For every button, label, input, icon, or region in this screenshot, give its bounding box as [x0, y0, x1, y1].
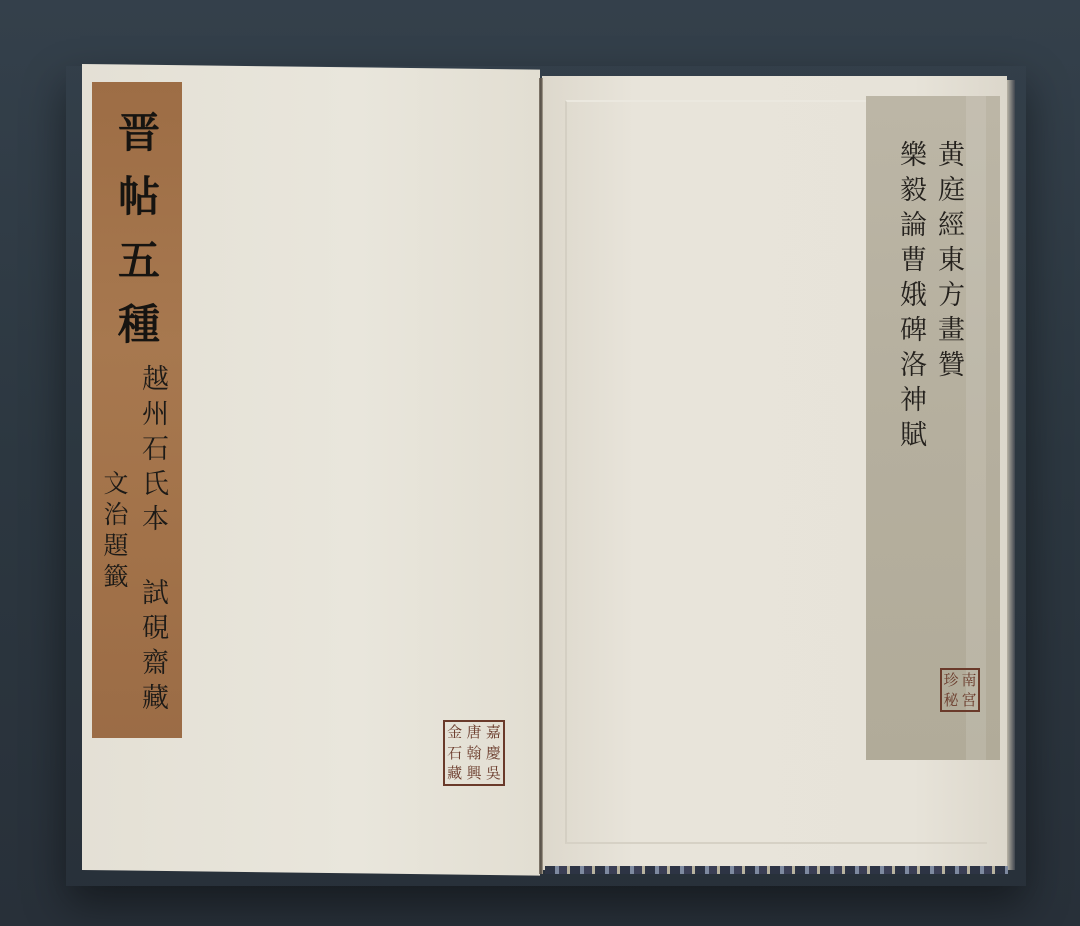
- book-title: 晋帖五種: [108, 110, 164, 366]
- seal-char: 藏: [445, 763, 464, 784]
- book-spine: [539, 78, 543, 874]
- slip-mount-strip: [966, 96, 986, 760]
- seal-char: 唐: [464, 722, 483, 743]
- brocade-cover-edge: [545, 866, 1008, 874]
- seal-char: 吳: [484, 763, 503, 784]
- seal-char: 石: [445, 743, 464, 764]
- seal-char: 南: [960, 670, 978, 690]
- seal-char: 珍: [942, 670, 960, 690]
- inscription-note: 文治題籤: [96, 470, 132, 594]
- seal-char: 宮: [960, 690, 978, 710]
- seal-char: 慶: [484, 743, 503, 764]
- contents-slip: 黄庭經東方畫贊 樂毅論曹娥碑洛神賦: [866, 96, 1000, 760]
- seal-char: 秘: [942, 690, 960, 710]
- seal-char: 金: [445, 722, 464, 743]
- title-slip: 晋帖五種 越州石氏本 試硯齋藏 文治題籤: [92, 82, 182, 738]
- page-edge: [1007, 80, 1015, 870]
- collector-seal-right: 珍 南 秘 宮: [940, 668, 980, 712]
- seal-char: 興: [464, 763, 483, 784]
- seal-char: 翰: [464, 743, 483, 764]
- seal-char: 嘉: [484, 722, 503, 743]
- contents-column-1: 黄庭經東方畫贊: [930, 140, 966, 385]
- collector-seal-left: 金 唐 嘉 石 翰 慶 藏 興 吳: [443, 720, 505, 786]
- edition-note: 越州石氏本 試硯齋藏: [132, 364, 172, 718]
- contents-column-2: 樂毅論曹娥碑洛神賦: [892, 140, 928, 455]
